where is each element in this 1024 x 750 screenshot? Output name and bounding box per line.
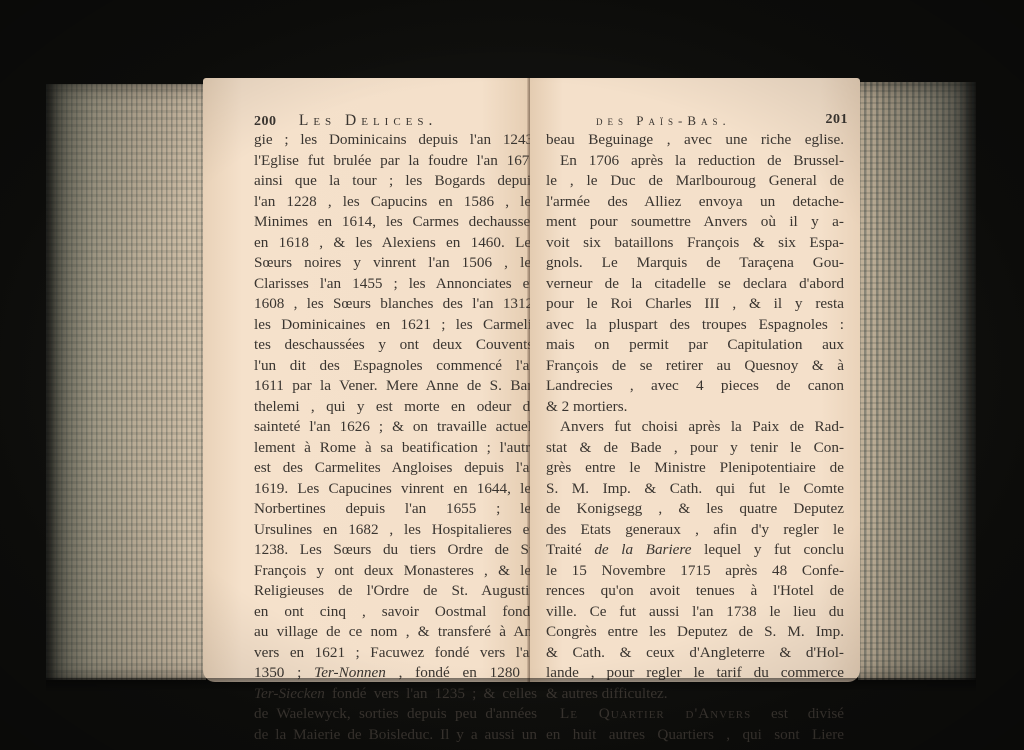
text-line: Minimes en 1614, les Carmes dechaussez [254, 212, 537, 233]
text-line: le 15 Novembre 1715 après 48 Confe- [530, 561, 844, 582]
text-line: mais on permit par Capitulation aux [530, 335, 844, 356]
text-line: pour le Roi Charles III , & il y resta [530, 294, 844, 315]
text-line: Sœurs noires y vinrent l'an 1506 , les [254, 253, 537, 274]
page-number: 201 [826, 112, 849, 128]
text-line: Landrecies , avec 4 pieces de canon [530, 376, 844, 397]
text-line: beau Beguinage , avec une riche eglise. [530, 130, 844, 151]
right-page-text: beau Beguinage , avec une riche eglise. … [530, 130, 844, 745]
text-line: thelemi , qui y est morte en odeur de [254, 397, 537, 418]
text-line: François y ont deux Monasteres , & les [254, 561, 537, 582]
page-number: 200 [254, 114, 277, 129]
text-line: rences qu'on avoit tenues à l'Hotel de [530, 581, 844, 602]
text-line: & Cath. & ceux d'Angleterre & d'Hol- [530, 643, 844, 664]
text-line: l'un dit des Espagnoles commencé l'an [254, 356, 537, 377]
open-book: 200 Les Delices. gie ; les Dominicains d… [46, 78, 976, 686]
text-line: est des Carmelites Angloises depuis l'an [254, 458, 537, 479]
text-line: vers en 1621 ; Facuwez fondé vers l'an [254, 643, 537, 664]
text-line: 1608 , les Sœurs blanches des l'an 1312, [254, 294, 537, 315]
text-line: stat & de Bade , pour y tenir le Con- [530, 438, 844, 459]
text-line: au village de ce nom , & transferé à An- [254, 622, 537, 643]
text-line: les Dominicaines en 1621 ; les Carmeli- [254, 315, 537, 336]
running-title: des Païs-Bas. [596, 113, 731, 128]
section-heading-smallcaps: Le Quartier d'Anvers [560, 705, 751, 722]
text-line: 1611 par la Vener. Mere Anne de S. Bar- [254, 376, 537, 397]
text-line: ville. Ce fut aussi l'an 1738 le lieu du [530, 602, 844, 623]
text-line: Norbertines depuis l'an 1655 ; les [254, 499, 537, 520]
text-line: S. M. Imp. & Cath. qui fut le Comte [530, 479, 844, 500]
paragraph-start-line: Anvers fut choisi après la Paix de Rad- [530, 417, 844, 438]
text-line: ainsi que la tour ; les Bogards depuis [254, 171, 537, 192]
text-line: de Konigsegg , & les quatre Deputez [530, 499, 844, 520]
paragraph-start-line: En 1706 après la reduction de Brussel- [530, 151, 844, 172]
right-running-head: des Païs-Bas. 201 [576, 112, 848, 130]
right-page: des Païs-Bas. 201 beau Beguinage , avec … [530, 78, 860, 682]
text-line: tes deschaussées y ont deux Couvents, [254, 335, 537, 356]
text-line: & 2 mortiers. [530, 397, 844, 418]
text-fragment: Traité [546, 541, 594, 558]
text-line: en huit autres Quartiers , qui sont Lier… [530, 725, 844, 746]
running-title: Les Delices. [299, 112, 438, 129]
text-line: l'Eglise fut brulée par la foudre l'an 1… [254, 151, 537, 172]
text-line: gie ; les Dominicains depuis l'an 1243, [254, 130, 537, 151]
text-fragment: lequel y fut conclu [692, 541, 844, 558]
text-line: de la Maierie de Boisleduc. Il y a aussi… [254, 725, 537, 746]
text-line: en ont cinq , savoir Oostmal fondé [254, 602, 537, 623]
text-line: Ursulines en 1682 , les Hospitalieres en [254, 520, 537, 541]
text-line: l'armée des Alliez envoya un detache- [530, 192, 844, 213]
paragraph-start-line: Le Quartier d'Anvers est divisé [530, 704, 844, 725]
text-line: grès entre le Ministre Plenipotentiaire … [530, 458, 844, 479]
left-page-text: gie ; les Dominicains depuis l'an 1243, … [254, 130, 537, 745]
right-page-stack-edges [858, 82, 976, 680]
text-line: des Etats generaux , afin d'y regler le [530, 520, 844, 541]
text-line: Congrès entre les Deputez de S. M. Imp. [530, 622, 844, 643]
text-line: verneur de la citadelle se declara d'abo… [530, 274, 844, 295]
left-page-stack-edges [46, 84, 206, 680]
text-line: François de se retirer au Quesnoy & à [530, 356, 844, 377]
text-line: 1619. Les Capucines vinrent en 1644, les [254, 479, 537, 500]
text-line: l'an 1228 , les Capucins en 1586 , les [254, 192, 537, 213]
left-running-head: 200 Les Delices. [254, 112, 534, 130]
text-line: en 1618 , & les Alexiens en 1460. Les [254, 233, 537, 254]
text-line: voit six bataillons François & six Espa- [530, 233, 844, 254]
text-fragment: est divisé [751, 705, 844, 722]
text-line: 1238. Les Sœurs du tiers Ordre de St. [254, 540, 537, 561]
text-line: avec la pluspart des troupes Espagnoles … [530, 315, 844, 336]
text-line: de Waelewyck, sorties depuis peu d'année… [254, 704, 537, 725]
italic-treaty-name: de la Bariere [594, 541, 691, 558]
text-line: Religieuses de l'Ordre de St. Augustin [254, 581, 537, 602]
text-line: Clarisses l'an 1455 ; les Annonciates en [254, 274, 537, 295]
left-page: 200 Les Delices. gie ; les Dominicains d… [203, 78, 530, 682]
text-line: le , le Duc de Marlbouroug General de [530, 171, 844, 192]
text-line: gnols. Le Marquis de Taraçena Gou- [530, 253, 844, 274]
text-line: Traité de la Bariere lequel y fut conclu [530, 540, 844, 561]
text-line: lement à Rome à sa beatification ; l'aut… [254, 438, 537, 459]
text-line: ment pour soumettre Anvers où il y a- [530, 212, 844, 233]
book-bottom-shadow [46, 678, 976, 692]
text-line: sainteté l'an 1626 ; & on travaille actu… [254, 417, 537, 438]
